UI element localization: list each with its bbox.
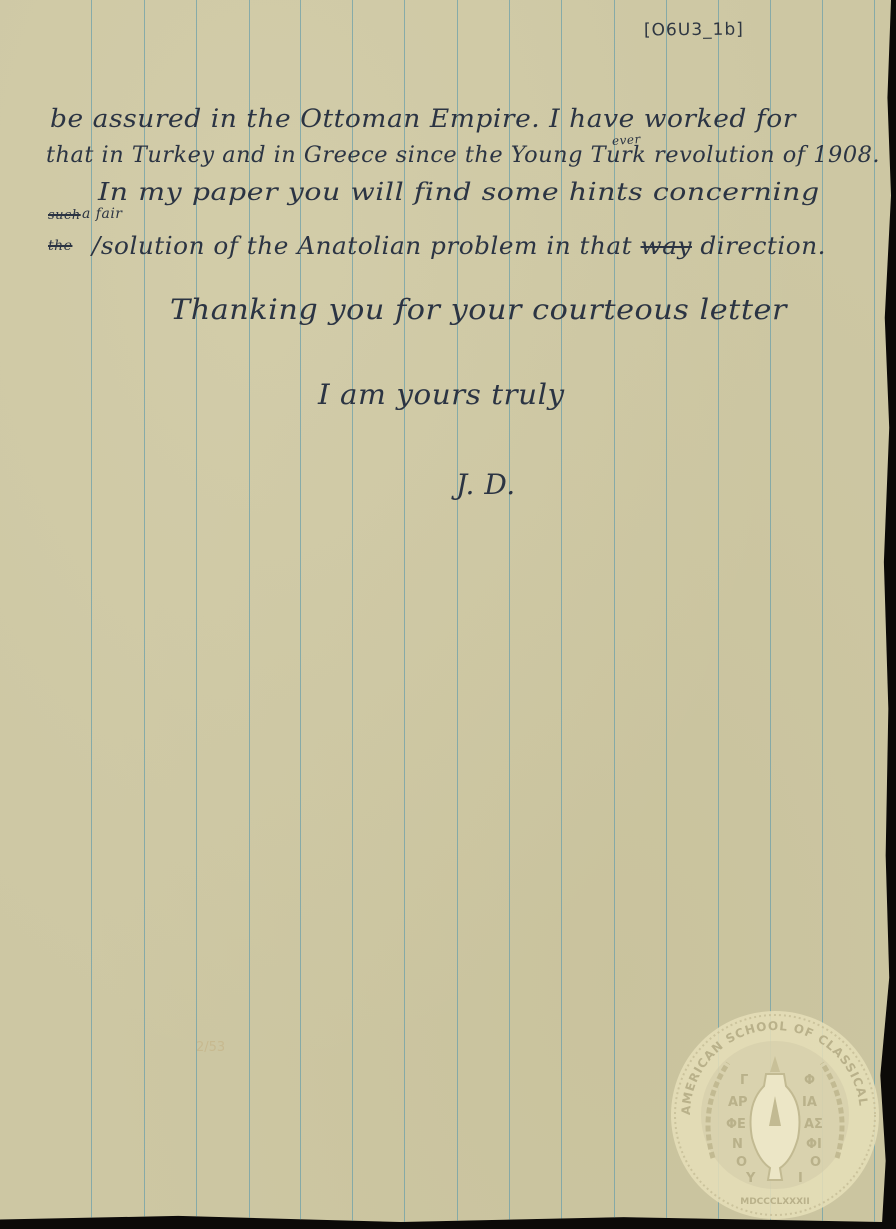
letter-line-1: be assured in the Ottoman Empire. I have… <box>50 104 796 133</box>
ruled-line <box>91 0 92 1222</box>
svg-text:ΑΡ: ΑΡ <box>728 1095 748 1110</box>
svg-text:Υ: Υ <box>745 1171 756 1186</box>
archive-reference: [O6U3_1b] <box>644 20 744 41</box>
svg-text:Ν: Ν <box>732 1137 743 1152</box>
svg-text:ΑΣ: ΑΣ <box>804 1117 823 1132</box>
svg-text:Ι: Ι <box>798 1171 803 1186</box>
letter-line-2: that in Turkey and in Greece since the Y… <box>46 143 880 168</box>
svg-text:Ο: Ο <box>810 1155 821 1170</box>
svg-text:Ο: Ο <box>736 1155 747 1170</box>
line-4-end: direction. <box>700 232 826 260</box>
closing-thanks: Thanking you for your courteous letter <box>170 293 787 326</box>
letter-paper: [O6U3_1b] be assured in the Ottoman Empi… <box>0 0 891 1222</box>
letter-line-4: /solution of the Anatolian problem in th… <box>92 232 826 260</box>
svg-text:ΦΙ: ΦΙ <box>806 1137 822 1152</box>
svg-text:MDCCCLXXXII: MDCCCLXXXII <box>740 1197 810 1207</box>
struck-word-the: the <box>48 238 72 254</box>
line-4-text: /solution of the Anatolian problem in th… <box>92 232 632 260</box>
closing-valediction: I am yours truly <box>318 378 565 411</box>
insertion-a-fair: a fair <box>82 206 123 222</box>
letter-line-3: In my paper you will find some hints con… <box>98 178 820 206</box>
svg-text:Γ: Γ <box>740 1073 748 1088</box>
svg-text:Φ: Φ <box>804 1073 815 1088</box>
signature: J. D. <box>456 468 516 501</box>
school-seal-icon: AMERICAN SCHOOL OF CLASSICAL STUDIES AT … <box>668 1008 882 1222</box>
svg-text:ΦΕ: ΦΕ <box>726 1117 746 1132</box>
svg-text:ΙΑ: ΙΑ <box>802 1095 817 1110</box>
struck-word-such: such <box>48 208 81 223</box>
struck-word-way: way <box>641 232 692 260</box>
faint-stamp: 2/53 <box>196 1040 225 1055</box>
